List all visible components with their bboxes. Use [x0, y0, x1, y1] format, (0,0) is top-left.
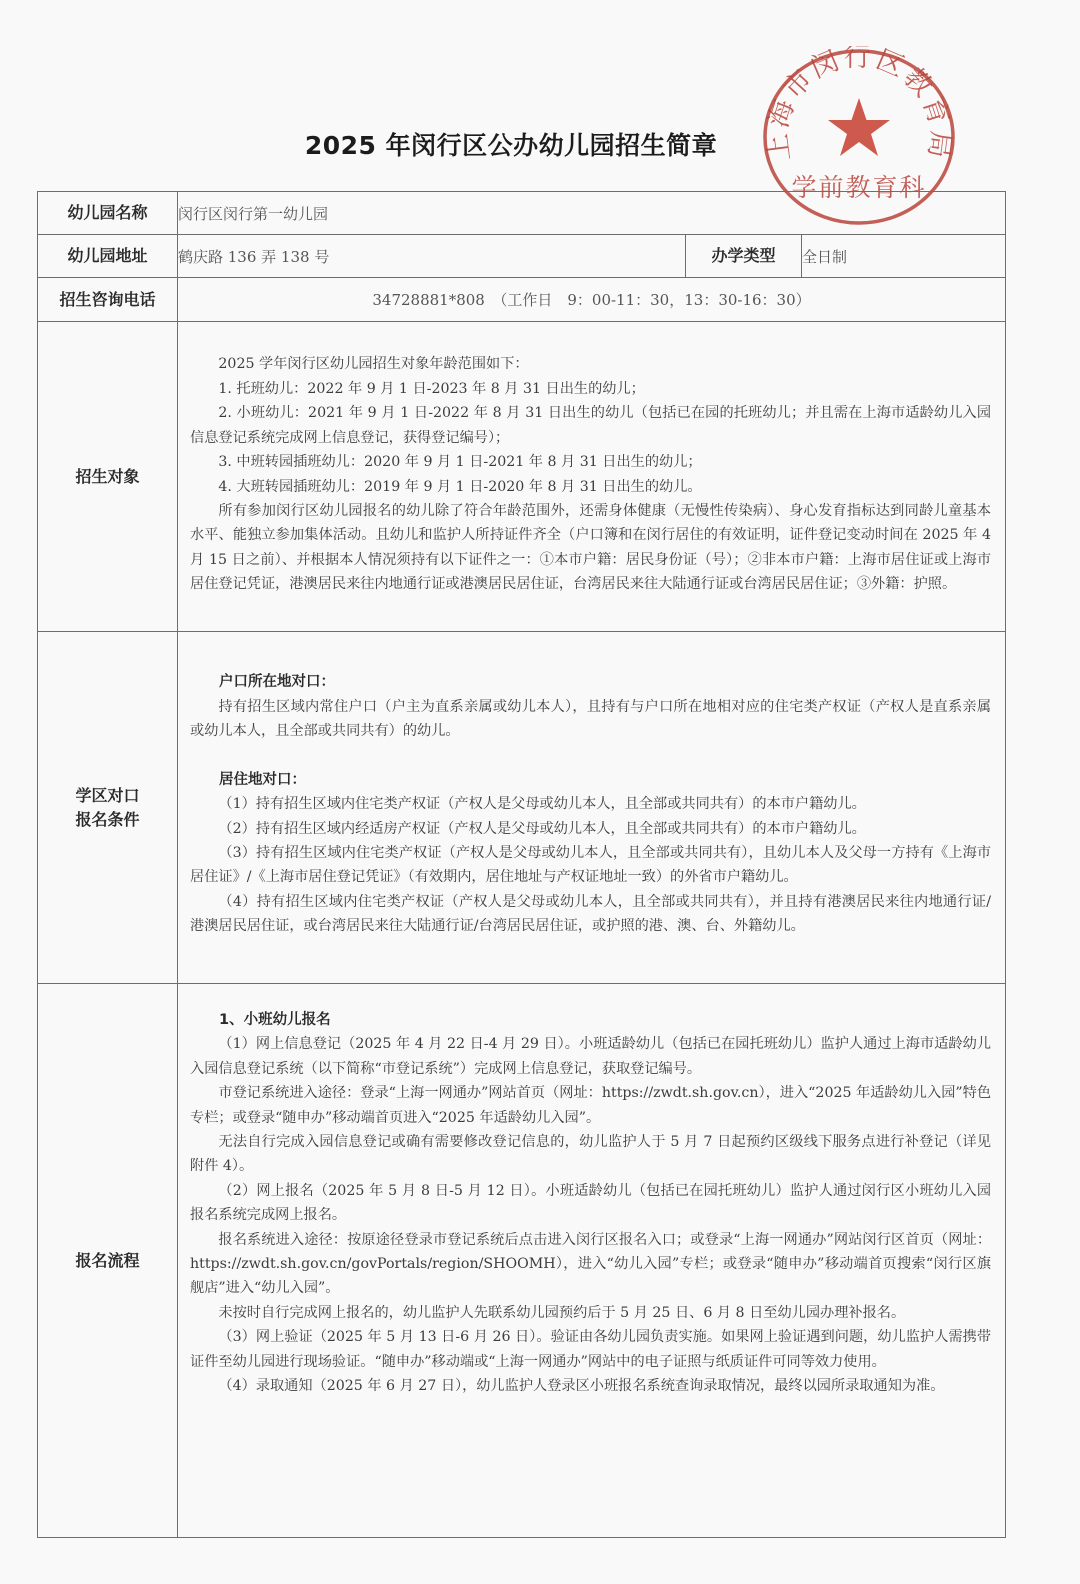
residence-item: （3）持有招生区域内住宅类产权证（产权人是父母或幼儿本人，且全部或共同共有），且…	[190, 841, 991, 890]
row-phone: 招生咨询电话 34728881*808 （工作日 9：00-11：30，13：3…	[38, 278, 1006, 322]
process-paragraph: （1）网上信息登记（2025 年 4 月 22 日-4 月 29 日）。小班适龄…	[190, 1032, 991, 1081]
row-targets: 招生对象 2025 学年闵行区幼儿园招生对象年龄范围如下： 1. 托班幼儿：20…	[38, 322, 1006, 632]
value-school-type: 全日制	[802, 235, 1006, 278]
targets-paragraph: 4. 大班转园插班幼儿：2019 年 9 月 1 日-2020 年 8 月 31…	[190, 475, 991, 499]
label-district-line2: 报名条件	[38, 808, 177, 832]
targets-paragraph: 3. 中班转园插班幼儿：2020 年 9 月 1 日-2021 年 8 月 31…	[190, 450, 991, 474]
label-district: 学区对口 报名条件	[38, 632, 178, 984]
targets-paragraph: 1. 托班幼儿：2022 年 9 月 1 日-2023 年 8 月 31 日出生…	[190, 377, 991, 401]
label-address: 幼儿园地址	[38, 235, 178, 278]
value-address: 鹤庆路 136 弄 138 号	[178, 235, 686, 278]
hukou-heading: 户口所在地对口：	[190, 670, 991, 694]
process-paragraph: （3）网上验证（2025 年 5 月 13 日-6 月 26 日）。验证由各幼儿…	[190, 1325, 991, 1374]
row-process: 报名流程 1、小班幼儿报名 （1）网上信息登记（2025 年 4 月 22 日-…	[38, 984, 1006, 1538]
star-icon	[828, 98, 890, 156]
residence-item: （2）持有招生区域内经适房产权证（产权人是父母或幼儿本人，且全部或共同共有）的本…	[190, 817, 991, 841]
district-content: 户口所在地对口： 持有招生区域内常住户口（户主为直系亲属或幼儿本人），且持有与户…	[178, 632, 1006, 984]
label-school-type: 办学类型	[686, 235, 802, 278]
hukou-text: 持有招生区域内常住户口（户主为直系亲属或幼儿本人），且持有与户口所在地相对应的住…	[190, 695, 991, 744]
process-heading: 1、小班幼儿报名	[190, 1008, 991, 1032]
label-kindergarten-name: 幼儿园名称	[38, 192, 178, 235]
process-paragraph: 未按时自行完成网上报名的，幼儿监护人先联系幼儿园预约后于 5 月 25 日、6 …	[190, 1301, 991, 1325]
process-paragraph: （2）网上报名（2025 年 5 月 8 日-5 月 12 日）。小班适龄幼儿（…	[190, 1179, 991, 1228]
process-paragraph: 市登记系统进入途径：登录“上海一网通办”网站首页（网址：https://zwdt…	[190, 1081, 991, 1130]
label-district-line1: 学区对口	[38, 784, 177, 808]
residence-item: （4）持有招生区域内住宅类产权证（产权人是父母或幼儿本人，且全部或共同共有），并…	[190, 890, 991, 939]
targets-paragraph: 2025 学年闵行区幼儿园招生对象年龄范围如下：	[190, 352, 991, 376]
value-phone: 34728881*808 （工作日 9：00-11：30，13：30-16：30…	[178, 278, 1006, 322]
row-address: 幼儿园地址 鹤庆路 136 弄 138 号 办学类型 全日制	[38, 235, 1006, 278]
targets-paragraph: 所有参加闵行区幼儿园报名的幼儿除了符合年龄范围外，还需身体健康（无慢性传染病）、…	[190, 499, 991, 597]
process-paragraph: （4）录取通知（2025 年 6 月 27 日），幼儿监护人登录区小班报名系统查…	[190, 1374, 991, 1398]
residence-item: （1）持有招生区域内住宅类产权证（产权人是父母或幼儿本人，且全部或共同共有）的本…	[190, 792, 991, 816]
label-targets: 招生对象	[38, 322, 178, 632]
row-kindergarten-name: 幼儿园名称 闵行区闵行第一幼儿园	[38, 192, 1006, 235]
admission-table: 幼儿园名称 闵行区闵行第一幼儿园 幼儿园地址 鹤庆路 136 弄 138 号 办…	[37, 191, 1006, 1538]
row-district: 学区对口 报名条件 户口所在地对口： 持有招生区域内常住户口（户主为直系亲属或幼…	[38, 632, 1006, 984]
process-content: 1、小班幼儿报名 （1）网上信息登记（2025 年 4 月 22 日-4 月 2…	[178, 984, 1006, 1538]
targets-paragraph: 2. 小班幼儿：2021 年 9 月 1 日-2022 年 8 月 31 日出生…	[190, 401, 991, 450]
value-kindergarten-name: 闵行区闵行第一幼儿园	[178, 192, 1006, 235]
process-paragraph: 无法自行完成入园信息登记或确有需要修改登记信息的，幼儿监护人于 5 月 7 日起…	[190, 1130, 991, 1179]
label-process: 报名流程	[38, 984, 178, 1538]
targets-content: 2025 学年闵行区幼儿园招生对象年龄范围如下： 1. 托班幼儿：2022 年 …	[178, 322, 1006, 632]
residence-heading: 居住地对口：	[190, 768, 991, 792]
process-paragraph: 报名系统进入途径：按原途径登录市登记系统后点击进入闵行区报名入口；或登录“上海一…	[190, 1228, 991, 1301]
label-phone: 招生咨询电话	[38, 278, 178, 322]
